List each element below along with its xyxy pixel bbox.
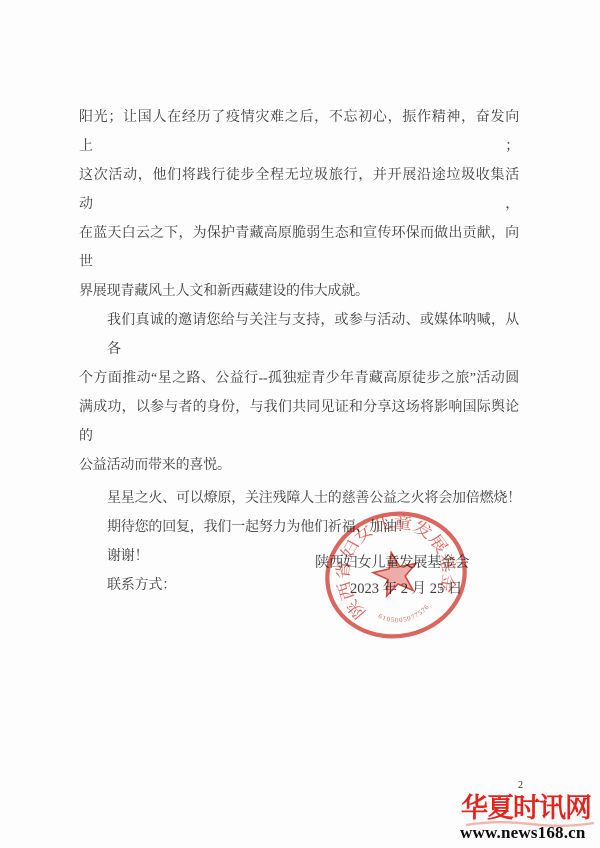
- letter-line: 满成功，以参与者的身份，与我们共同见证和分享这场将影响国际舆论的: [79, 393, 519, 451]
- seal-serial-number: 6105005077576: [376, 602, 434, 629]
- official-seal-stamp: 陕西省妇女儿童发展基金会 6105005077576: [322, 509, 470, 641]
- letter-line: 个方面推动“星之路、公益行--孤独症青少年青藏高原徒步之旅”活动圆: [79, 364, 519, 393]
- page-number: 2: [518, 780, 523, 791]
- letter-line: 在蓝天白云之下，为保护青藏高原脆弱生态和宣传环保而做出贡献，向世: [79, 219, 519, 277]
- star-icon: [370, 548, 421, 598]
- letter-line: 阳光；让国人在经历了疫情灾难之后，不忘初心，振作精神，奋发向上；: [79, 103, 519, 161]
- letter-line: 界展现青藏风土人文和新西藏建设的伟大成就。: [79, 277, 519, 306]
- seal-serial-holder: 6105005077576: [376, 602, 434, 629]
- letter-line: 这次活动，他们将践行徒步全程无垃圾旅行，并开展沿途垃圾收集活动，: [79, 161, 519, 219]
- letter-line: 公益活动而带来的喜悦。: [79, 451, 519, 480]
- letter-page: 阳光；让国人在经历了疫情灾难之后，不忘初心，振作精神，奋发向上； 这次活动，他们…: [0, 0, 600, 848]
- watermark-site-name: 华夏时讯网: [461, 795, 591, 822]
- letter-line: 我们真诚的邀请您给与关注与支持，或参与活动、或媒体呐喊，从各: [79, 306, 519, 364]
- watermark-site-url: www.news168.cn: [460, 823, 586, 843]
